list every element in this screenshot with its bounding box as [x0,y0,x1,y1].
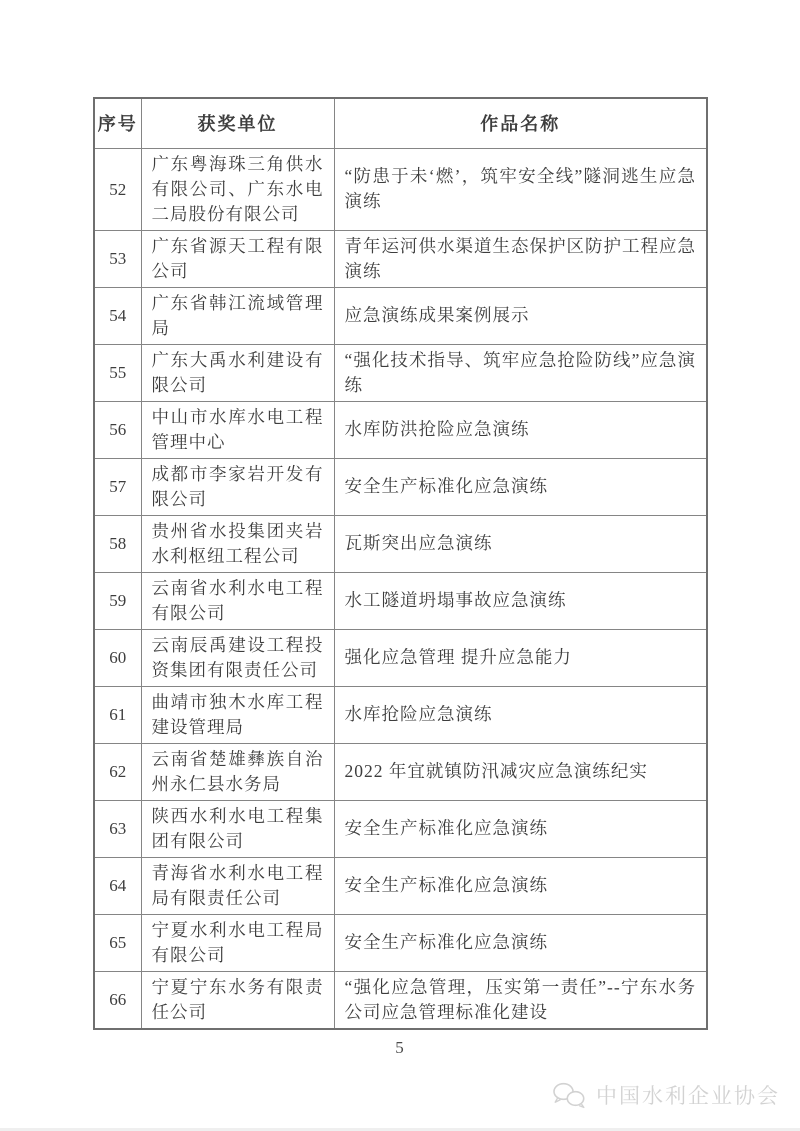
work-title-cell: 瓦斯突出应急演练 [334,515,707,572]
table-body: 52广东粤海珠三角供水有限公司、广东水电二局股份有限公司“防患于未‘燃’，筑牢安… [94,148,707,1029]
wechat-icon [552,1082,588,1109]
work-title-cell: 安全生产标准化应急演练 [334,857,707,914]
header-cell-work-title: 作品名称 [334,98,707,148]
work-title-cell: 水库抢险应急演练 [334,686,707,743]
work-title-cell: 应急演练成果案例展示 [334,287,707,344]
row-number-cell: 55 [94,344,141,401]
organization-cell: 青海省水利水电工程局有限责任公司 [141,857,334,914]
organization-cell: 宁夏水利水电工程局有限公司 [141,914,334,971]
page-number: 5 [93,1038,706,1058]
table-row: 64青海省水利水电工程局有限责任公司安全生产标准化应急演练 [94,857,707,914]
table-row: 61曲靖市独木水库工程建设管理局水库抢险应急演练 [94,686,707,743]
row-number-cell: 58 [94,515,141,572]
organization-cell: 宁夏宁东水务有限责任公司 [141,971,334,1029]
organization-cell: 云南辰禹建设工程投资集团有限责任公司 [141,629,334,686]
table-row: 58贵州省水投集团夹岩水利枢纽工程公司瓦斯突出应急演练 [94,515,707,572]
organization-cell: 云南省楚雄彝族自治州永仁县水务局 [141,743,334,800]
watermark: 中国水利企业协会 [552,1080,780,1110]
table-row: 55广东大禹水利建设有限公司“强化技术指导、筑牢应急抢险防线”应急演练 [94,344,707,401]
table-row: 63陕西水利水电工程集团有限公司安全生产标准化应急演练 [94,800,707,857]
organization-cell: 陕西水利水电工程集团有限公司 [141,800,334,857]
watermark-label: 中国水利企业协会 [596,1080,780,1110]
organization-cell: 广东粤海珠三角供水有限公司、广东水电二局股份有限公司 [141,148,334,230]
work-title-cell: 水库防洪抢险应急演练 [334,401,707,458]
header-row: 序号 获奖单位 作品名称 [94,98,707,148]
row-number-cell: 62 [94,743,141,800]
work-title-cell: 2022 年宜就镇防汛减灾应急演练纪实 [334,743,707,800]
table-row: 59云南省水利水电工程有限公司水工隧道坍塌事故应急演练 [94,572,707,629]
work-title-cell: 安全生产标准化应急演练 [334,458,707,515]
table-row: 54广东省韩江流域管理局应急演练成果案例展示 [94,287,707,344]
row-number-cell: 57 [94,458,141,515]
organization-cell: 贵州省水投集团夹岩水利枢纽工程公司 [141,515,334,572]
work-title-cell: “强化应急管理，压实第一责任”--宁东水务公司应急管理标准化建设 [334,971,707,1029]
row-number-cell: 56 [94,401,141,458]
organization-cell: 广东大禹水利建设有限公司 [141,344,334,401]
award-winners-table: 序号 获奖单位 作品名称 52广东粤海珠三角供水有限公司、广东水电二局股份有限公… [93,97,708,1030]
work-title-cell: 青年运河供水渠道生态保护区防护工程应急演练 [334,230,707,287]
table-header: 序号 获奖单位 作品名称 [94,98,707,148]
table-row: 52广东粤海珠三角供水有限公司、广东水电二局股份有限公司“防患于未‘燃’，筑牢安… [94,148,707,230]
work-title-cell: “防患于未‘燃’，筑牢安全线”隧洞逃生应急演练 [334,148,707,230]
organization-cell: 广东省源天工程有限公司 [141,230,334,287]
table-row: 65宁夏水利水电工程局有限公司安全生产标准化应急演练 [94,914,707,971]
organization-cell: 成都市李家岩开发有限公司 [141,458,334,515]
row-number-cell: 52 [94,148,141,230]
row-number-cell: 66 [94,971,141,1029]
table-row: 60云南辰禹建设工程投资集团有限责任公司强化应急管理 提升应急能力 [94,629,707,686]
work-title-cell: 安全生产标准化应急演练 [334,914,707,971]
row-number-cell: 60 [94,629,141,686]
table-row: 56中山市水库水电工程管理中心水库防洪抢险应急演练 [94,401,707,458]
header-cell-organization: 获奖单位 [141,98,334,148]
header-cell-number: 序号 [94,98,141,148]
work-title-cell: 安全生产标准化应急演练 [334,800,707,857]
row-number-cell: 65 [94,914,141,971]
table-row: 53广东省源天工程有限公司青年运河供水渠道生态保护区防护工程应急演练 [94,230,707,287]
organization-cell: 曲靖市独木水库工程建设管理局 [141,686,334,743]
table-row: 57成都市李家岩开发有限公司安全生产标准化应急演练 [94,458,707,515]
row-number-cell: 63 [94,800,141,857]
organization-cell: 云南省水利水电工程有限公司 [141,572,334,629]
work-title-cell: “强化技术指导、筑牢应急抢险防线”应急演练 [334,344,707,401]
table-row: 62云南省楚雄彝族自治州永仁县水务局2022 年宜就镇防汛减灾应急演练纪实 [94,743,707,800]
table-row: 66宁夏宁东水务有限责任公司“强化应急管理，压实第一责任”--宁东水务公司应急管… [94,971,707,1029]
work-title-cell: 强化应急管理 提升应急能力 [334,629,707,686]
row-number-cell: 64 [94,857,141,914]
row-number-cell: 61 [94,686,141,743]
organization-cell: 中山市水库水电工程管理中心 [141,401,334,458]
organization-cell: 广东省韩江流域管理局 [141,287,334,344]
row-number-cell: 53 [94,230,141,287]
document-page: 序号 获奖单位 作品名称 52广东粤海珠三角供水有限公司、广东水电二局股份有限公… [0,0,800,1131]
row-number-cell: 54 [94,287,141,344]
work-title-cell: 水工隧道坍塌事故应急演练 [334,572,707,629]
row-number-cell: 59 [94,572,141,629]
